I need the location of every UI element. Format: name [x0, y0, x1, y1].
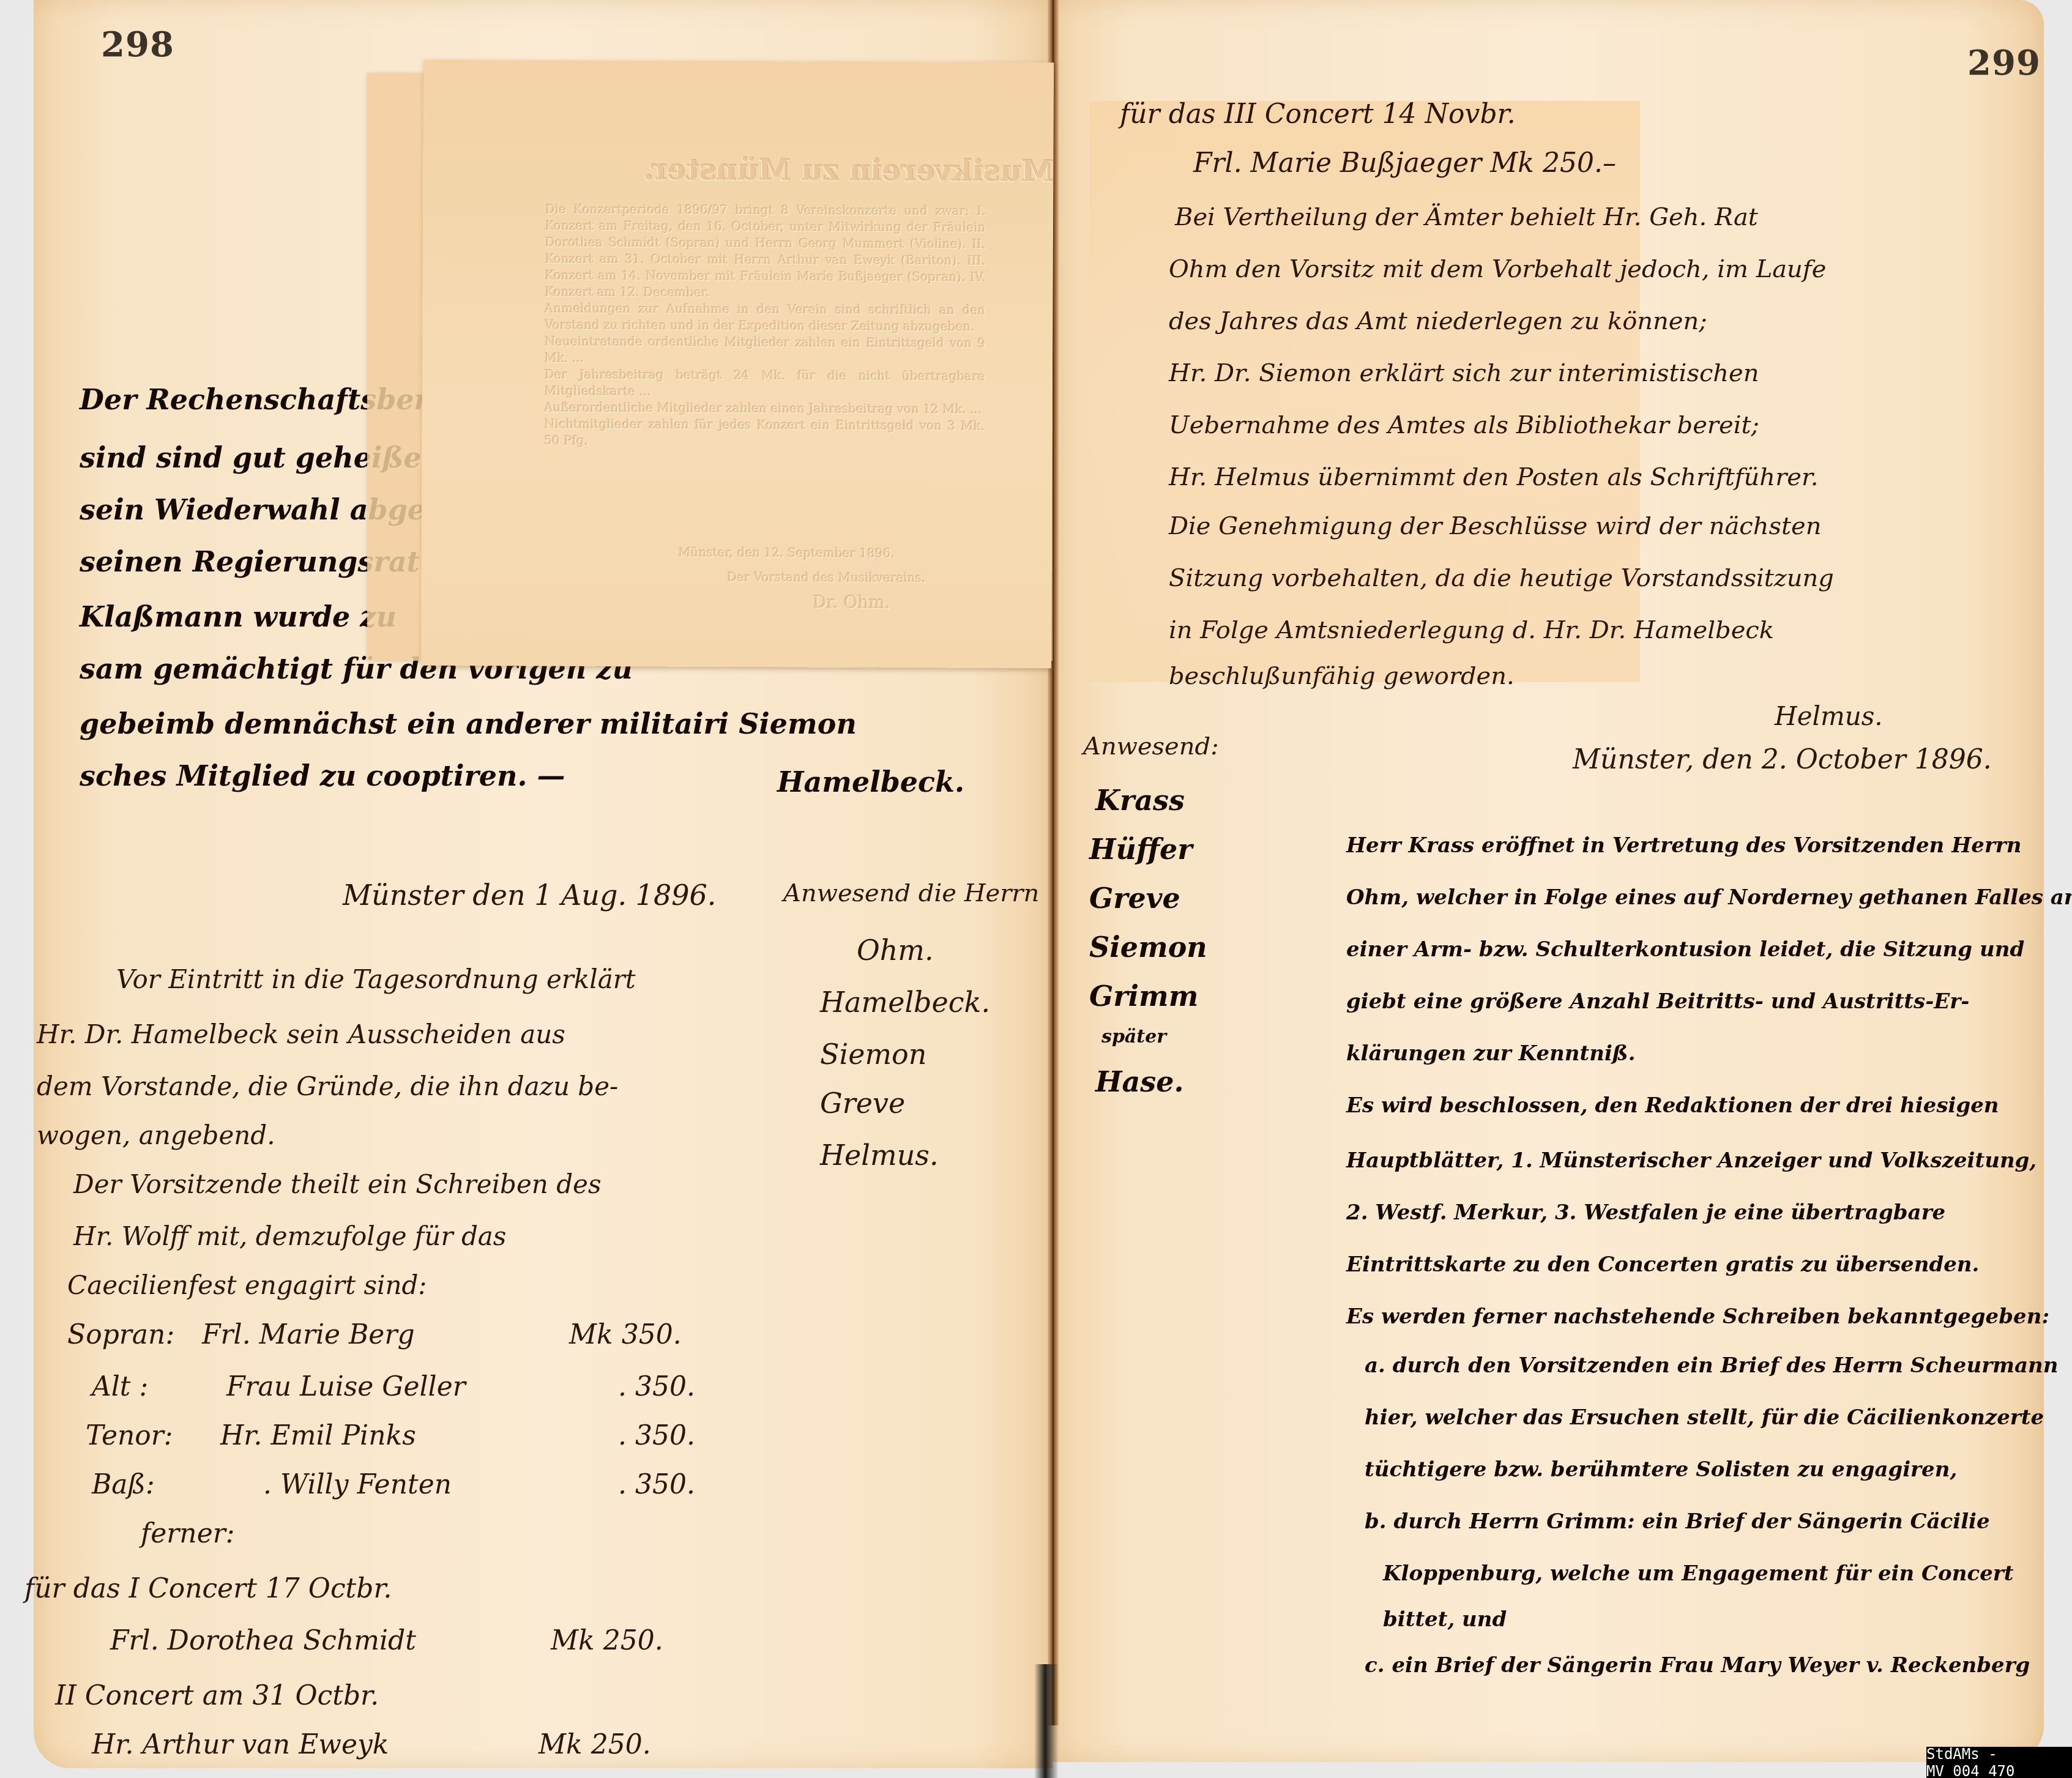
clipping-date: Münster, den 12. September 1896.: [679, 545, 985, 562]
concert-performer: Hr. Arthur van Eweyk: [92, 1732, 389, 1758]
body-line: Bei Vertheilung der Ämter behielt Hr. Ge…: [1175, 205, 1758, 229]
body-line: Ohm den Vorsitz mit dem Vorbehalt jedoch…: [1169, 257, 1826, 281]
gutter-shadow: [1034, 1664, 1059, 1778]
body-line: c. ein Brief der Sängerin Frau Mary Weye…: [1365, 1655, 2030, 1676]
attendance-heading: Anwesend:: [1083, 734, 1219, 759]
clipping-title: Musikverein zu Münster.: [643, 152, 1053, 188]
body-line: Sitzung vorbehalten, da die heutige Vors…: [1169, 566, 1834, 590]
signature: Helmus.: [1775, 704, 1883, 729]
entry-date: Münster, den 2. October 1896.: [1573, 746, 1992, 773]
body-line: b. durch Herrn Grimm: ein Brief der Säng…: [1365, 1511, 1990, 1532]
attendee: Siemon: [820, 1040, 926, 1068]
attendee: Hüffer: [1089, 835, 1192, 863]
body-line: Hr. Wolff mit, demzufolge für das: [73, 1224, 506, 1249]
body-line: beschlußunfähig geworden.: [1169, 664, 1515, 688]
voice-part: Baß:: [92, 1471, 155, 1498]
archive-signature-label: StdAMs - MV_004_470: [1926, 1747, 2072, 1778]
soloist-name: . Willy Fenten: [263, 1471, 452, 1498]
body-line: Der Vorsitzende theilt ein Schreiben des: [73, 1172, 602, 1197]
attendee: Hase.: [1095, 1068, 1183, 1096]
attendee: Grimm: [1089, 982, 1198, 1010]
soloist-fee: . 350.: [618, 1471, 695, 1498]
concert-performer: Frl. Dorothea Schmidt: [110, 1627, 416, 1654]
pasted-newspaper-clipping: Musikverein zu Münster. Die Konzertperio…: [421, 60, 1054, 668]
attendee: Ohm.: [857, 936, 934, 964]
body-line: Es wird beschlossen, den Redaktionen der…: [1346, 1095, 1999, 1116]
soloist-fee: Mk 350.: [569, 1322, 682, 1348]
handwritten-line: Frl. Marie Bußjaeger Mk 250.–: [1193, 150, 1616, 177]
pasted-slip: [1089, 101, 1640, 682]
body-line: Herr Krass eröffnet in Vertretung des Vo…: [1346, 835, 2021, 856]
body-line: klärungen zur Kenntniß.: [1346, 1043, 1635, 1064]
attendee: später: [1101, 1028, 1166, 1046]
voice-part: Tenor:: [86, 1423, 173, 1449]
body-line: tüchtigere bzw. berühmtere Solisten zu e…: [1365, 1459, 1957, 1480]
signature: Hamelbeck.: [777, 768, 964, 796]
attendee: Helmus.: [820, 1141, 939, 1169]
body-line: Hr. Dr. Hamelbeck sein Ausscheiden aus: [37, 1022, 565, 1047]
attendee: Krass: [1095, 786, 1185, 814]
page-number-left: 298: [101, 24, 174, 65]
voice-part: Sopran:: [67, 1322, 174, 1348]
body-line: Hr. Dr. Siemon erklärt sich zur interimi…: [1169, 361, 1759, 385]
body-line: Eintrittskarte zu den Concerten gratis z…: [1346, 1254, 1979, 1275]
body-line: 2. Westf. Merkur, 3. Westfalen je eine ü…: [1346, 1202, 1945, 1223]
handwritten-line: für das III Concert 14 Novbr.: [1120, 101, 1516, 128]
attendance-heading: Anwesend die Herrn: [783, 881, 1039, 906]
body-line: wogen, angebend.: [37, 1123, 275, 1148]
handwritten-line: Klaßmann wurde zu: [80, 603, 397, 631]
body-line: Es werden ferner nachstehende Schreiben …: [1346, 1306, 2049, 1327]
body-line: bittet, und: [1383, 1609, 1507, 1630]
body-line: Hr. Helmus übernimmt den Posten als Schr…: [1169, 465, 1818, 489]
attendee: Hamelbeck.: [820, 988, 990, 1016]
body-line: einer Arm- bzw. Schulterkontusion leidet…: [1346, 939, 2024, 960]
entry-date: Münster den 1 Aug. 1896.: [343, 881, 716, 909]
body-line: dem Vorstande, die Gründe, die ihn dazu …: [37, 1074, 618, 1099]
body-line: Die Genehmigung der Beschlüsse wird der …: [1169, 514, 1822, 538]
body-line: des Jahres das Amt niederlegen zu können…: [1169, 309, 1707, 333]
soloist-fee: . 350.: [618, 1374, 695, 1400]
handwritten-line: sches Mitglied zu cooptiren. —: [80, 762, 565, 790]
handwritten-line: gebeimb demnächst ein anderer militairi …: [80, 710, 857, 738]
concert-fee: Mk 250.: [538, 1732, 651, 1758]
soloist-name: Hr. Emil Pinks: [220, 1423, 416, 1449]
soloist-name: Frl. Marie Berg: [202, 1322, 415, 1348]
body-line: Hauptblätter, 1. Münsterischer Anzeiger …: [1346, 1150, 2037, 1171]
concert-heading: für das I Concert 17 Octbr.: [24, 1575, 392, 1602]
page-number-right: 299: [1967, 43, 2041, 83]
clipping-signer: Dr. Ohm.: [813, 594, 935, 611]
voice-part: Alt :: [92, 1374, 148, 1400]
concert-heading: II Concert am 31 Octbr.: [55, 1683, 379, 1709]
attendee: Greve: [820, 1089, 905, 1117]
body-line: a. durch den Vorsitzenden ein Brief des …: [1365, 1355, 2059, 1376]
attendee: Siemon: [1089, 933, 1207, 961]
attendee: Greve: [1089, 884, 1180, 912]
clipping-body: Die Konzertperiode 1896/97 bringt 8 Vere…: [544, 201, 986, 451]
body-line: Caecilienfest engagirt sind:: [67, 1273, 427, 1298]
concert-fee: Mk 250.: [551, 1627, 663, 1654]
body-line: hier, welcher das Ersuchen stellt, für d…: [1365, 1407, 2044, 1428]
clipping-signature-line: Der Vorstand des Musikvereins.: [727, 569, 984, 587]
body-line: in Folge Amtsniederlegung d. Hr. Dr. Ham…: [1169, 618, 1774, 642]
body-line: giebt eine größere Anzahl Beitritts- und…: [1346, 991, 1969, 1012]
ferner-label: ferner:: [141, 1520, 235, 1547]
body-line: Kloppenburg, welche um Engagement für ei…: [1383, 1563, 2013, 1584]
body-line: Ohm, welcher in Folge eines auf Norderne…: [1346, 887, 2072, 908]
soloist-name: Frau Luise Geller: [226, 1374, 466, 1400]
body-line: Vor Eintritt in die Tagesordnung erklärt: [116, 967, 636, 992]
body-line: Uebernahme des Amtes als Bibliothekar be…: [1169, 413, 1759, 437]
soloist-fee: . 350.: [618, 1423, 695, 1449]
